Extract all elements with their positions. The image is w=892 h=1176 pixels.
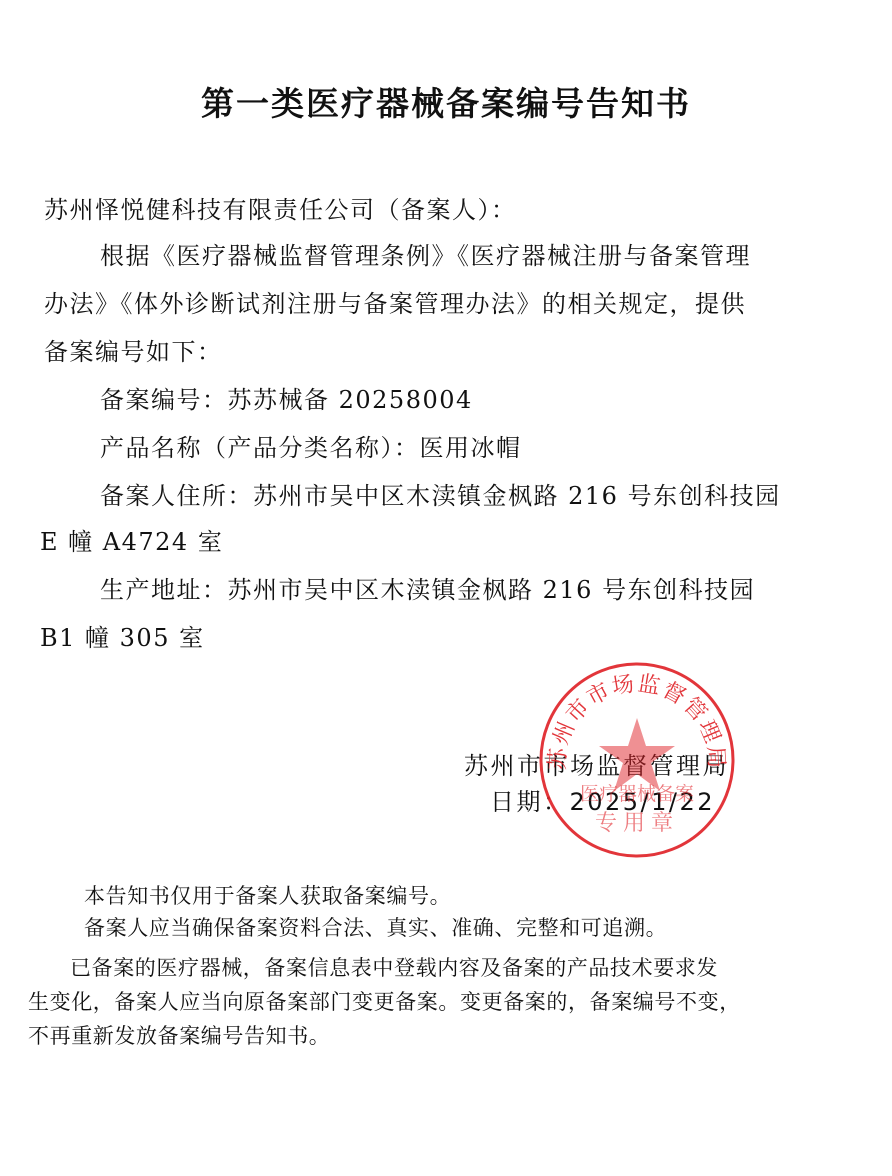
product-name-label: 产品名称（产品分类名称）：	[100, 434, 420, 462]
note-5: 不再重新发放备案编号告知书。	[28, 1020, 330, 1050]
issue-date-row: 日期：2025/1/22	[490, 782, 715, 817]
issue-date-label: 日期：	[490, 788, 570, 816]
record-number-value: 苏苏械备 20258004	[228, 386, 473, 414]
issuer-name: 苏州市市场监督管理局	[464, 746, 729, 781]
addressee: 苏州怿悦健科技有限责任公司（备案人）：	[44, 190, 517, 225]
note-1: 本告知书仅用于备案人获取备案编号。	[84, 880, 451, 910]
production-address-row: 生产地址：苏州市吴中区木渎镇金枫路 216 号东创科技园	[100, 570, 755, 605]
production-address-label: 生产地址：	[100, 576, 228, 604]
note-4: 生变化，备案人应当向原备案部门变更备案。变更备案的，备案编号不变，	[28, 986, 741, 1016]
note-3: 已备案的医疗器械，备案信息表中登载内容及备案的产品技术要求发	[70, 952, 718, 982]
record-number-row: 备案编号：苏苏械备 20258004	[100, 380, 473, 415]
intro-line-3: 备案编号如下：	[44, 332, 223, 367]
registrant-address-label: 备案人住所：	[100, 482, 253, 510]
product-name-row: 产品名称（产品分类名称）：医用冰帽	[100, 428, 522, 463]
intro-line-1: 根据《医疗器械监督管理条例》《医疗器械注册与备案管理	[100, 236, 751, 271]
page-title: 第一类医疗器械备案编号告知书	[0, 78, 892, 125]
registrant-address-value: 苏州市吴中区木渎镇金枫路 216 号东创科技园	[253, 482, 781, 510]
production-address-continuation: B1 幢 305 室	[40, 618, 205, 653]
note-2: 备案人应当确保备案资料合法、真实、准确、完整和可追溯。	[84, 912, 667, 942]
product-name-value: 医用冰帽	[420, 434, 522, 462]
issue-date-value: 2025/1/22	[570, 788, 716, 816]
production-address-value: 苏州市吴中区木渎镇金枫路 216 号东创科技园	[228, 576, 756, 604]
intro-line-2: 办法》《体外诊断试剂注册与备案管理办法》的相关规定，提供	[44, 284, 746, 319]
registrant-address-continuation: E 幢 A4724 室	[40, 522, 223, 557]
registrant-address-row: 备案人住所：苏州市吴中区木渎镇金枫路 216 号东创科技园	[100, 476, 781, 511]
record-number-label: 备案编号：	[100, 386, 228, 414]
